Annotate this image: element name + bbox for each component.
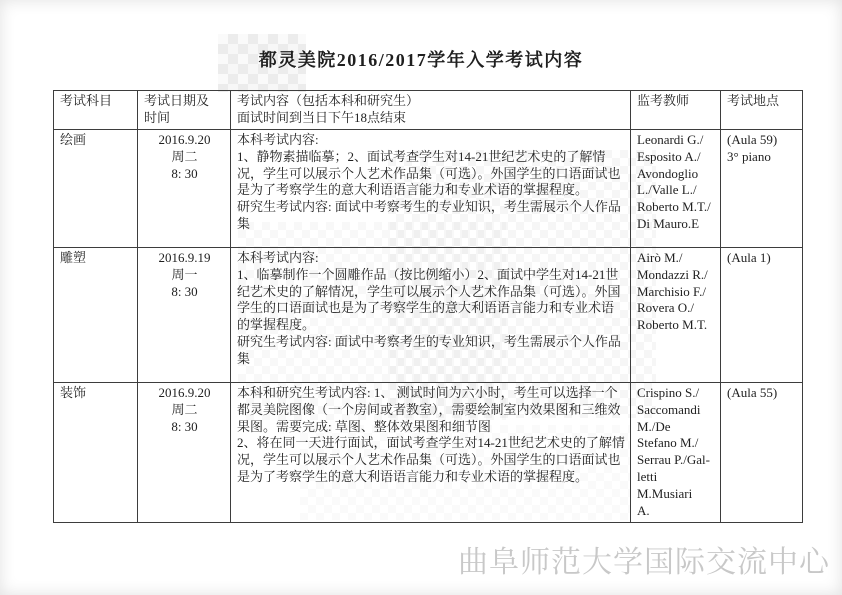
teachers-cell: Airò M./ Mondazzi R./ Marchisio F./ Rove… bbox=[631, 247, 721, 382]
location-cell: (Aula 55) bbox=[721, 382, 803, 522]
table-row-sculpture: 雕塑 2016.9.19 周一 8: 30 本科考试内容: 1、临摹制作一个圆雕… bbox=[54, 247, 803, 382]
column-header-content: 考试内容（包括本科和研究生） 面试时间到当日下午18点结束 bbox=[231, 91, 631, 130]
table-row-painting: 绘画 2016.9.20 周二 8: 30 本科考试内容: 1、静物素描临摹；2… bbox=[54, 129, 803, 247]
date-cell: 2016.9.20 周二 8: 30 bbox=[138, 382, 231, 522]
table-row-decoration: 装饰 2016.9.20 周二 8: 30 本科和研究生考试内容: 1、 测试时… bbox=[54, 382, 803, 522]
column-header-location: 考试地点 bbox=[721, 91, 803, 130]
location-cell: (Aula 59) 3° piano bbox=[721, 129, 803, 247]
date-cell: 2016.9.19 周一 8: 30 bbox=[138, 247, 231, 382]
teachers-cell: Leonardi G./ Esposito A./ Avondoglio L./… bbox=[631, 129, 721, 247]
table-header-row: 考试科目 考试日期及 时间 考试内容（包括本科和研究生） 面试时间到当日下午18… bbox=[54, 91, 803, 130]
content-cell: 本科和研究生考试内容: 1、 测试时间为六小时，考生可以选择一个都灵美院图像（一… bbox=[231, 382, 631, 522]
content-cell: 本科考试内容: 1、静物素描临摹；2、面试考查学生对14-21世纪艺术史的了解情… bbox=[231, 129, 631, 247]
document-page: 都灵美院2016/2017学年入学考试内容 考试科目 考试日期及 时间 考试内容… bbox=[0, 0, 842, 595]
column-header-subject: 考试科目 bbox=[54, 91, 138, 130]
subject-cell: 雕塑 bbox=[54, 247, 138, 382]
content-cell: 本科考试内容: 1、临摹制作一个圆雕作品（按比例缩小）2、面试中学生对14-21… bbox=[231, 247, 631, 382]
org-watermark-text: 曲阜师范大学国际交流中心 bbox=[458, 537, 830, 581]
page-title: 都灵美院2016/2017学年入学考试内容 bbox=[0, 46, 842, 72]
teachers-cell: Crispino S./ Saccomandi M./De Stefano M.… bbox=[631, 382, 721, 522]
exam-schedule-table: 考试科目 考试日期及 时间 考试内容（包括本科和研究生） 面试时间到当日下午18… bbox=[53, 90, 803, 523]
column-header-teachers: 监考教师 bbox=[631, 91, 721, 130]
column-header-date: 考试日期及 时间 bbox=[138, 91, 231, 130]
date-cell: 2016.9.20 周二 8: 30 bbox=[138, 129, 231, 247]
subject-cell: 绘画 bbox=[54, 129, 138, 247]
location-cell: (Aula 1) bbox=[721, 247, 803, 382]
subject-cell: 装饰 bbox=[54, 382, 138, 522]
